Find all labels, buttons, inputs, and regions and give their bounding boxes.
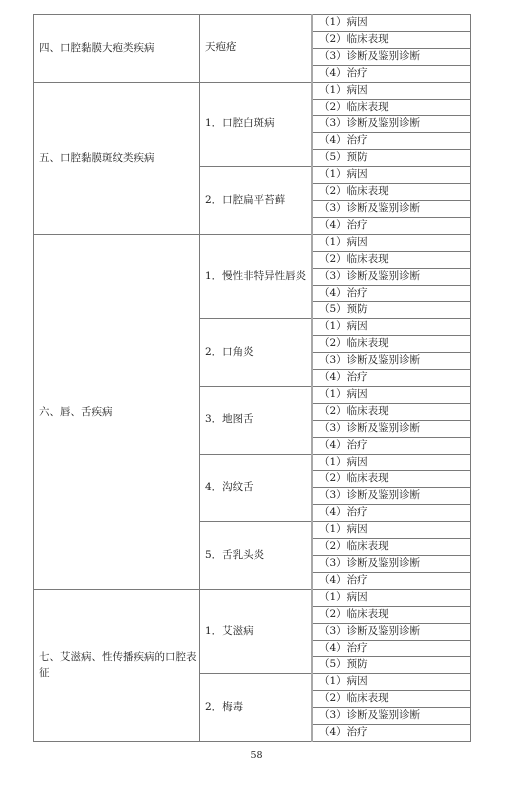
key-point-cell: （2）临床表现 [312, 539, 471, 556]
key-point-cell: （4）治疗 [312, 133, 471, 150]
disease-cell: 1．艾滋病 [200, 589, 313, 674]
key-point-cell: （1）病因 [312, 589, 471, 606]
disease-cell: 2．梅毒 [200, 674, 313, 742]
table-row: 四、口腔黏膜大疱类疾病天疱疮（1）病因 [34, 15, 471, 32]
disease-cell: 3．地图舌 [200, 386, 313, 454]
disease-cell: 5．舌乳头炎 [200, 522, 313, 590]
disease-cell: 2．口角炎 [200, 319, 313, 387]
key-point-cell: （3）诊断及鉴别诊断 [312, 353, 471, 370]
key-point-cell: （3）诊断及鉴别诊断 [312, 116, 471, 133]
key-point-cell: （2）临床表现 [312, 31, 471, 48]
key-point-cell: （1）病因 [312, 386, 471, 403]
syllabus-table: 四、口腔黏膜大疱类疾病天疱疮（1）病因（2）临床表现（3）诊断及鉴别诊断（4）治… [33, 14, 471, 742]
key-point-cell: （5）预防 [312, 150, 471, 167]
chapter-cell: 四、口腔黏膜大疱类疾病 [34, 15, 200, 83]
key-point-cell: （3）诊断及鉴别诊断 [312, 556, 471, 573]
key-point-cell: （1）病因 [312, 319, 471, 336]
key-point-cell: （2）临床表现 [312, 691, 471, 708]
key-point-cell: （3）诊断及鉴别诊断 [312, 623, 471, 640]
key-point-cell: （5）预防 [312, 302, 471, 319]
key-point-cell: （4）治疗 [312, 725, 471, 742]
key-point-cell: （5）预防 [312, 657, 471, 674]
key-point-cell: （3）诊断及鉴别诊断 [312, 48, 471, 65]
key-point-cell: （2）临床表现 [312, 251, 471, 268]
key-point-cell: （3）诊断及鉴别诊断 [312, 420, 471, 437]
key-point-cell: （1）病因 [312, 454, 471, 471]
key-point-cell: （1）病因 [312, 234, 471, 251]
table-row: 五、口腔黏膜斑纹类疾病1．口腔白斑病（1）病因 [34, 82, 471, 99]
key-point-cell: （1）病因 [312, 15, 471, 32]
chapter-cell: 七、艾滋病、性传播疾病的口腔表征 [34, 589, 200, 741]
page-number: 58 [0, 750, 513, 761]
key-point-cell: （4）治疗 [312, 640, 471, 657]
table-row: 六、唇、舌疾病1．慢性非特异性唇炎（1）病因 [34, 234, 471, 251]
chapter-cell: 六、唇、舌疾病 [34, 234, 200, 589]
key-point-cell: （2）临床表现 [312, 184, 471, 201]
disease-cell: 天疱疮 [200, 15, 313, 83]
key-point-cell: （1）病因 [312, 167, 471, 184]
key-point-cell: （3）诊断及鉴别诊断 [312, 488, 471, 505]
key-point-cell: （4）治疗 [312, 65, 471, 82]
table-row: 七、艾滋病、性传播疾病的口腔表征1．艾滋病（1）病因 [34, 589, 471, 606]
disease-cell: 1．口腔白斑病 [200, 82, 313, 167]
key-point-cell: （3）诊断及鉴别诊断 [312, 200, 471, 217]
chapter-cell: 五、口腔黏膜斑纹类疾病 [34, 82, 200, 234]
key-point-cell: （2）临床表现 [312, 471, 471, 488]
key-point-cell: （2）临床表现 [312, 606, 471, 623]
key-point-cell: （3）诊断及鉴别诊断 [312, 268, 471, 285]
key-point-cell: （4）治疗 [312, 505, 471, 522]
disease-cell: 4．沟纹舌 [200, 454, 313, 522]
key-point-cell: （2）临床表现 [312, 336, 471, 353]
key-point-cell: （3）诊断及鉴别诊断 [312, 708, 471, 725]
key-point-cell: （2）临床表现 [312, 403, 471, 420]
key-point-cell: （2）临床表现 [312, 99, 471, 116]
key-point-cell: （4）治疗 [312, 572, 471, 589]
disease-cell: 1．慢性非特异性唇炎 [200, 234, 313, 319]
key-point-cell: （4）治疗 [312, 217, 471, 234]
syllabus-table-body: 四、口腔黏膜大疱类疾病天疱疮（1）病因（2）临床表现（3）诊断及鉴别诊断（4）治… [34, 15, 471, 742]
key-point-cell: （4）治疗 [312, 437, 471, 454]
key-point-cell: （4）治疗 [312, 370, 471, 387]
key-point-cell: （1）病因 [312, 674, 471, 691]
key-point-cell: （1）病因 [312, 82, 471, 99]
key-point-cell: （4）治疗 [312, 285, 471, 302]
key-point-cell: （1）病因 [312, 522, 471, 539]
disease-cell: 2．口腔扁平苔藓 [200, 167, 313, 235]
